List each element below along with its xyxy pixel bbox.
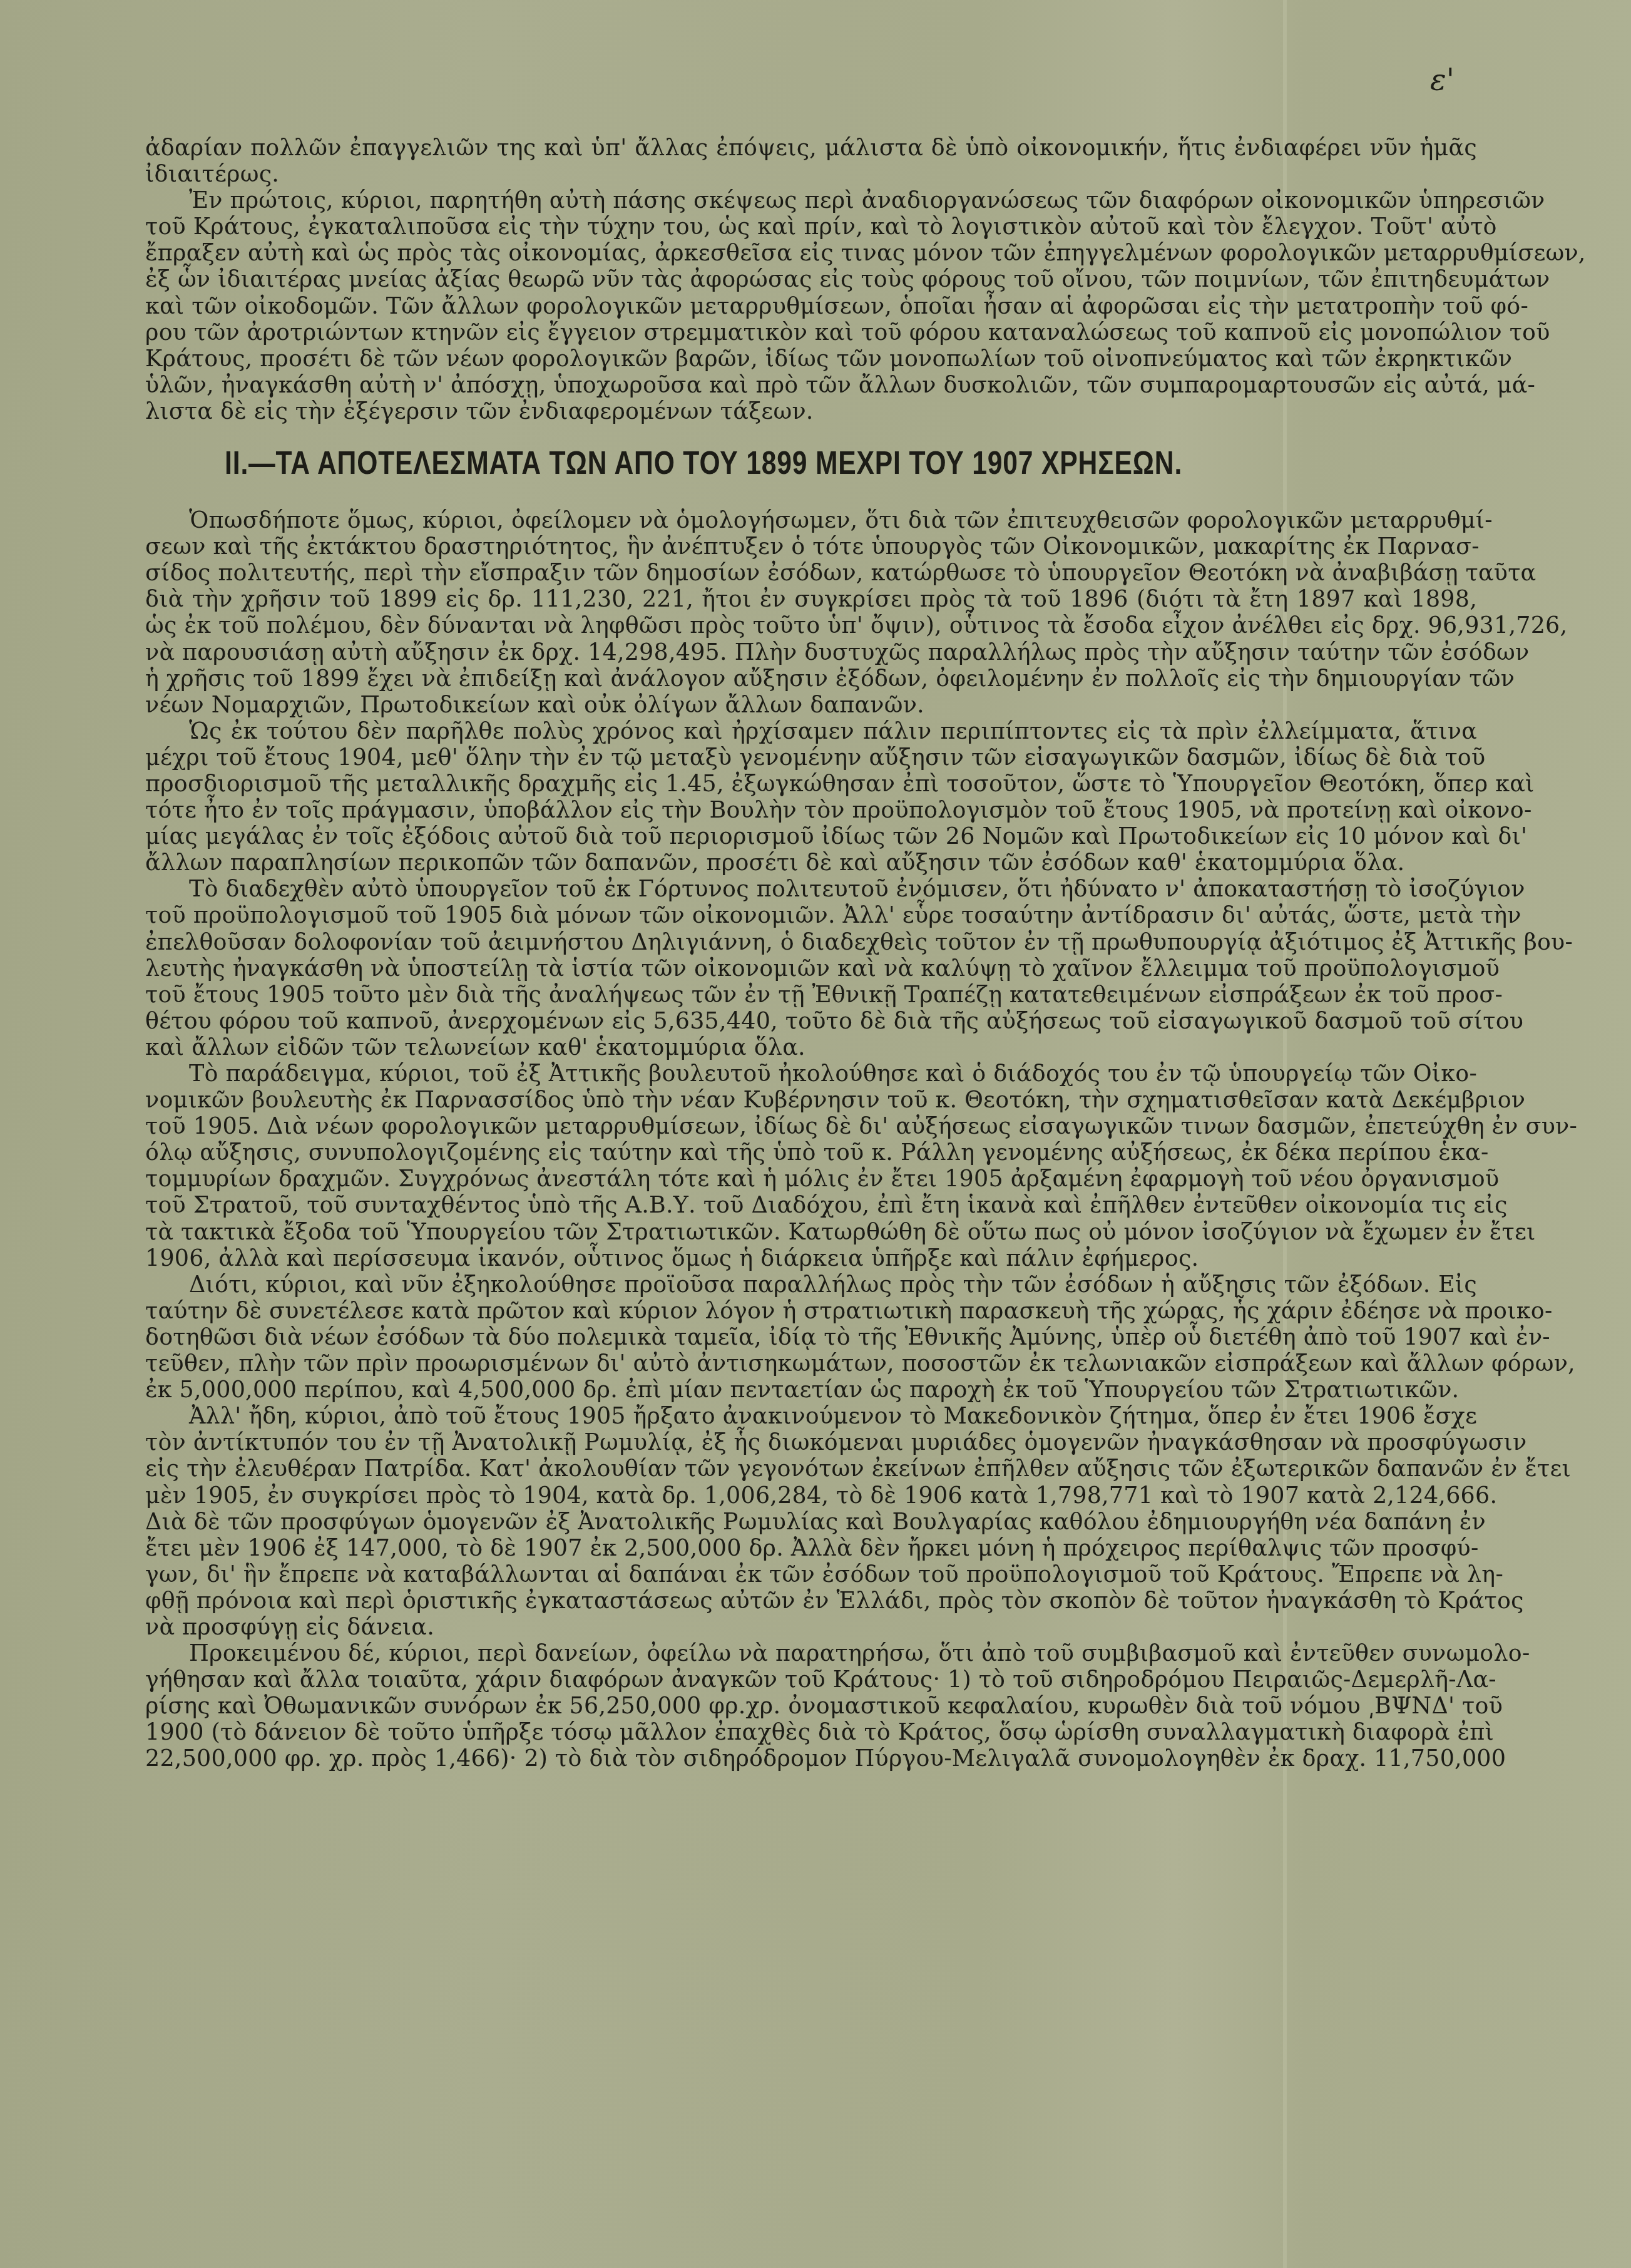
- text-line: φθῇ πρόνοια καὶ περὶ ὁριστικῆς ἐγκαταστά…: [145, 1588, 1477, 1614]
- text-line: Τὸ διαδεχθὲν αὐτὸ ὑπουργεῖον τοῦ ἐκ Γόρτ…: [145, 876, 1477, 902]
- paragraphs-after-heading: Ὁπωσδήποτε ὅμως, κύριοι, ὀφείλομεν νὰ ὁμ…: [145, 507, 1477, 1772]
- text-line: τοῦ ἔτους 1905 τοῦτο μὲν διὰ τῆς ἀναλήψε…: [145, 982, 1477, 1008]
- text-line: τότε ἦτο ἐν τοῖς πράγμασιν, ὑποβάλλον εἰ…: [145, 797, 1477, 823]
- text-line: ἔπραξεν αὐτὴ καὶ ὡς πρὸς τὰς οἰκονομίας,…: [145, 240, 1477, 266]
- page-number: ε': [1430, 63, 1455, 98]
- paragraph: ἀδαρίαν πολλῶν ἐπαγγελιῶν της καὶ ὑπ' ἄλ…: [145, 135, 1477, 187]
- text-line: όλῳ αὔξησις, συνυπολογιζομένης εἰς ταύτη…: [145, 1139, 1477, 1166]
- text-line: μίας μεγάλας ἐν τοῖς ἐξόδοις αὐτοῦ διὰ τ…: [145, 823, 1477, 849]
- text-line: ἔτει μὲν 1906 ἐξ 147,000, τὸ δὲ 1907 ἐκ …: [145, 1535, 1477, 1561]
- text-line: τεῦθεν, πλὴν τῶν πρὶν προωρισμένων δι' α…: [145, 1350, 1477, 1377]
- text-line: νομικῶν βουλευτὴς ἐκ Παρνασσίδος ὑπὸ τὴν…: [145, 1087, 1477, 1113]
- paragraph: Ὁπωσδήποτε ὅμως, κύριοι, ὀφείλομεν νὰ ὁμ…: [145, 507, 1477, 718]
- text-line: Ὡς ἐκ τούτου δὲν παρῆλθε πολὺς χρόνος κα…: [145, 718, 1477, 744]
- text-line: μέχρι τοῦ ἔτους 1904, μεθ' ὅλην τὴν ἐν τ…: [145, 744, 1477, 771]
- text-line: 1900 (τὸ δάνειον δὲ τοῦτο ὑπῆρξε τόσῳ μᾶ…: [145, 1719, 1477, 1745]
- text-line: λευτὴς ἠναγκάσθη νὰ ὑποστείλῃ τὰ ἱστία τ…: [145, 955, 1477, 982]
- text-line: Διότι, κύριοι, καὶ νῦν ἐξηκολούθησε προϊ…: [145, 1271, 1477, 1298]
- paragraph: Ἀλλ' ἤδη, κύριοι, ἀπὸ τοῦ ἔτους 1905 ἤρξ…: [145, 1403, 1477, 1640]
- text-line: Ὁπωσδήποτε ὅμως, κύριοι, ὀφείλομεν νὰ ὁμ…: [145, 507, 1477, 533]
- text-line: 1906, ἀλλὰ καὶ περίσσευμα ἱκανόν, οὗτινο…: [145, 1245, 1477, 1271]
- text-line: ἀδαρίαν πολλῶν ἐπαγγελιῶν της καὶ ὑπ' ἄλ…: [145, 135, 1477, 161]
- text-line: ὑλῶν, ἠναγκάσθη αὐτὴ ν' ἀπόσχῃ, ὑποχωροῦ…: [145, 372, 1477, 398]
- text-line: σίδος πολιτευτής, περὶ τὴν εἴσπραξιν τῶν…: [145, 560, 1477, 586]
- section-heading: II.—ΤΑ ΑΠΟΤΕΛΕΣΜΑΤΑ ΤΩΝ ΑΠΟ ΤΟΥ 1899 ΜΕΧ…: [145, 444, 1237, 482]
- text-line: προσδιορισμοῦ τῆς μεταλλικῆς δραχμῆς εἰς…: [145, 771, 1477, 797]
- text-line: τὸν ἀντίκτυπόν του ἐν τῇ Ἀνατολικῇ Ρωμυλ…: [145, 1429, 1477, 1455]
- text-line: καὶ τῶν οἰκοδομῶν. Τῶν ἄλλων φορολογικῶν…: [145, 293, 1477, 319]
- text-line: Διὰ δὲ τῶν προσφύγων ὁμογενῶν ἐξ Ἀνατολι…: [145, 1509, 1477, 1535]
- text-line: μὲν 1905, ἐν συγκρίσει πρὸς τὸ 1904, κατ…: [145, 1482, 1477, 1509]
- text-line: διὰ τὴν χρῆσιν τοῦ 1899 εἰς δρ. 111,230,…: [145, 586, 1477, 612]
- paragraph: Τὸ διαδεχθὲν αὐτὸ ὑπουργεῖον τοῦ ἐκ Γόρτ…: [145, 876, 1477, 1060]
- text-line: νὰ προσφύγῃ εἰς δάνεια.: [145, 1614, 1477, 1640]
- text-line: ρου τῶν ἀροτριώντων κτηνῶν εἰς ἔγγειον σ…: [145, 319, 1477, 346]
- text-line: τοῦ προϋπολογισμοῦ τοῦ 1905 διὰ μόνων τῶ…: [145, 902, 1477, 928]
- paragraph: Τὸ παράδειγμα, κύριοι, τοῦ ἐξ Ἀττικῆς βο…: [145, 1060, 1477, 1271]
- paragraph: Ἐν πρώτοις, κύριοι, παρητήθη αὐτὴ πάσης …: [145, 187, 1477, 424]
- paragraph: Ὡς ἐκ τούτου δὲν παρῆλθε πολὺς χρόνος κα…: [145, 718, 1477, 876]
- document-page: ἀδαρίαν πολλῶν ἐπαγγελιῶν της καὶ ὑπ' ἄλ…: [145, 135, 1477, 1772]
- text-line: νὰ παρουσιάσῃ αὐτὴ αὔξησιν ἐκ δρχ. 14,29…: [145, 639, 1477, 665]
- text-line: γων, δι' ἣν ἔπρεπε νὰ καταβάλλωνται αἱ δ…: [145, 1561, 1477, 1588]
- text-line: ἰδιαιτέρως.: [145, 161, 1477, 187]
- text-line: τοῦ Κράτους, ἐγκαταλιποῦσα εἰς τὴν τύχην…: [145, 213, 1477, 240]
- text-line: σεων καὶ τῆς ἐκτάκτου δραστηριότητος, ἣν…: [145, 533, 1477, 560]
- text-line: Προκειμένου δέ, κύριοι, περὶ δανείων, ὀφ…: [145, 1640, 1477, 1666]
- text-line: Ἀλλ' ἤδη, κύριοι, ἀπὸ τοῦ ἔτους 1905 ἤρξ…: [145, 1403, 1477, 1429]
- text-line: τοῦ 1905. Διὰ νέων φορολογικῶν μεταρρυθμ…: [145, 1113, 1477, 1139]
- text-line: δοτηθῶσι διὰ νέων ἐσόδων τὰ δύο πολεμικὰ…: [145, 1324, 1477, 1350]
- text-line: εἰς τὴν ἐλευθέραν Πατρίδα. Κατ' ἀκολουθί…: [145, 1455, 1477, 1482]
- text-line: ἐπελθοῦσαν δολοφονίαν τοῦ ἀειμνήστου Δηλ…: [145, 929, 1477, 955]
- text-line: τομμυρίων δραχμῶν. Συγχρόνως ἀνεστάλη τό…: [145, 1166, 1477, 1192]
- text-line: θέτου φόρου τοῦ καπνοῦ, ἀνερχομένων εἰς …: [145, 1008, 1477, 1034]
- text-line: ἐκ 5,000,000 περίπου, καὶ 4,500,000 δρ. …: [145, 1377, 1477, 1403]
- text-line: ὡς ἐκ τοῦ πολέμου, δὲν δύνανται νὰ ληφθῶ…: [145, 612, 1477, 639]
- text-line: 22,500,000 φρ. χρ. πρὸς 1,466)· 2) τὸ δι…: [145, 1745, 1477, 1772]
- text-line: ἡ χρῆσις τοῦ 1899 ἔχει νὰ ἐπιδείξῃ καὶ ἀ…: [145, 665, 1477, 692]
- text-line: Κράτους, προσέτι δὲ τῶν νέων φορολογικῶν…: [145, 346, 1477, 372]
- text-line: ἐξ ὧν ἰδιαιτέρας μνείας ἀξίας θεωρῶ νῦν …: [145, 266, 1477, 292]
- text-line: τοῦ Στρατοῦ, τοῦ συνταχθέντος ὑπὸ τῆς Α.…: [145, 1192, 1477, 1218]
- text-line: Τὸ παράδειγμα, κύριοι, τοῦ ἐξ Ἀττικῆς βο…: [145, 1060, 1477, 1087]
- text-line: Ἐν πρώτοις, κύριοι, παρητήθη αὐτὴ πάσης …: [145, 187, 1477, 213]
- paragraphs-before-heading: Ἐν πρώτοις, κύριοι, παρητήθη αὐτὴ πάσης …: [145, 187, 1477, 424]
- text-line: τὰ τακτικὰ ἔξοδα τοῦ Ὑπουργείου τῶν Στρα…: [145, 1219, 1477, 1245]
- text-line: λιστα δὲ εἰς τὴν ἐξέγερσιν τῶν ἐνδιαφερο…: [145, 398, 1477, 424]
- paragraph: Προκειμένου δέ, κύριοι, περὶ δανείων, ὀφ…: [145, 1640, 1477, 1772]
- text-line: καὶ ἄλλων εἰδῶν τῶν τελωνείων καθ' ἑκατο…: [145, 1034, 1477, 1060]
- text-line: ρίσης καὶ Ὀθωμανικῶν συνόρων ἐκ 56,250,0…: [145, 1693, 1477, 1719]
- text-line: ἄλλων παραπλησίων περικοπῶν τῶν δαπανῶν,…: [145, 849, 1477, 876]
- text-line: νέων Νομαρχιῶν, Πρωτοδικείων καὶ οὐκ ὀλί…: [145, 692, 1477, 718]
- intro-paragraph: ἀδαρίαν πολλῶν ἐπαγγελιῶν της καὶ ὑπ' ἄλ…: [145, 135, 1477, 187]
- text-line: γήθησαν καὶ ἄλλα τοιαῦτα, χάριν διαφόρων…: [145, 1666, 1477, 1693]
- text-line: ταύτην δὲ συνετέλεσε κατὰ πρῶτον καὶ κύρ…: [145, 1298, 1477, 1324]
- paragraph: Διότι, κύριοι, καὶ νῦν ἐξηκολούθησε προϊ…: [145, 1271, 1477, 1403]
